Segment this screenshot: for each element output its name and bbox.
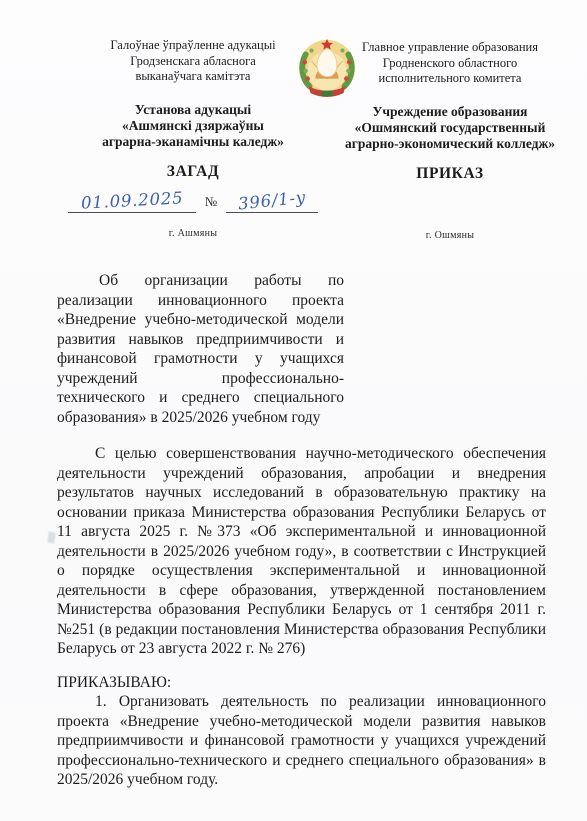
institution-name-block: Установа адукацыі «Ашмянскі дзяржаўны аг… (57, 102, 329, 150)
org-name-line: выканаўчага камітэта (57, 69, 329, 85)
city-name-ru: г. Ошмяны (334, 230, 566, 241)
city-name-by: г. Ашмяны (57, 228, 329, 239)
institution-name-block: Учреждение образования «Ошмянский госуда… (334, 104, 566, 152)
org-name-line: Гродненского областного (334, 56, 566, 72)
institution-name-line: Учреждение образования (334, 104, 566, 120)
document-body: Об организации работы по реализации инно… (57, 271, 546, 790)
number-field-underline: 396/1-у (226, 191, 318, 213)
institution-name-line: аграрно-экономический колледж» (334, 136, 566, 152)
document-page: Галоўнае ўпраўленне адукацыі Гродзенскаг… (0, 0, 587, 821)
date-field-underline: 01.09.2025 (68, 191, 196, 213)
institution-name-line: аграрна-эканамічны каледж» (57, 134, 329, 150)
org-name-line: Гродзенскага абласнога (57, 54, 329, 70)
org-name-line: исполнительного комитета (334, 71, 566, 87)
number-sign: № (205, 194, 217, 213)
order-preamble: С целью совершенствования научно-методич… (57, 444, 546, 659)
institution-name-line: «Ашмянскі дзяржаўны (57, 118, 329, 134)
header-left-belarusian: Галоўнае ўпраўленне адукацыі Гродзенскаг… (57, 38, 329, 239)
institution-name-line: «Ошмянский государственный (334, 120, 566, 136)
org-name-line: Галоўнае ўпраўленне адукацыі (57, 38, 329, 54)
order-item-1: 1. Организовать деятельность по реализац… (57, 692, 546, 790)
handwritten-document-number: 396/1-у (237, 187, 307, 213)
header-right-russian: Главное управление образования Гродненск… (334, 40, 566, 241)
order-subject: Об организации работы по реализации инно… (57, 271, 344, 427)
document-type-title-by: ЗАГАД (57, 163, 329, 181)
spacer (334, 183, 566, 215)
document-type-title-ru: ПРИКАЗ (334, 165, 566, 183)
org-name-line: Главное управление образования (334, 40, 566, 56)
date-and-number-line: 01.09.2025 № 396/1-у (57, 185, 329, 213)
order-command-word: ПРИКАЗЫВАЮ: (57, 673, 546, 693)
scan-artifact (47, 532, 55, 544)
institution-name-line: Установа адукацыі (57, 102, 329, 118)
handwritten-date: 01.09.2025 (80, 188, 183, 212)
